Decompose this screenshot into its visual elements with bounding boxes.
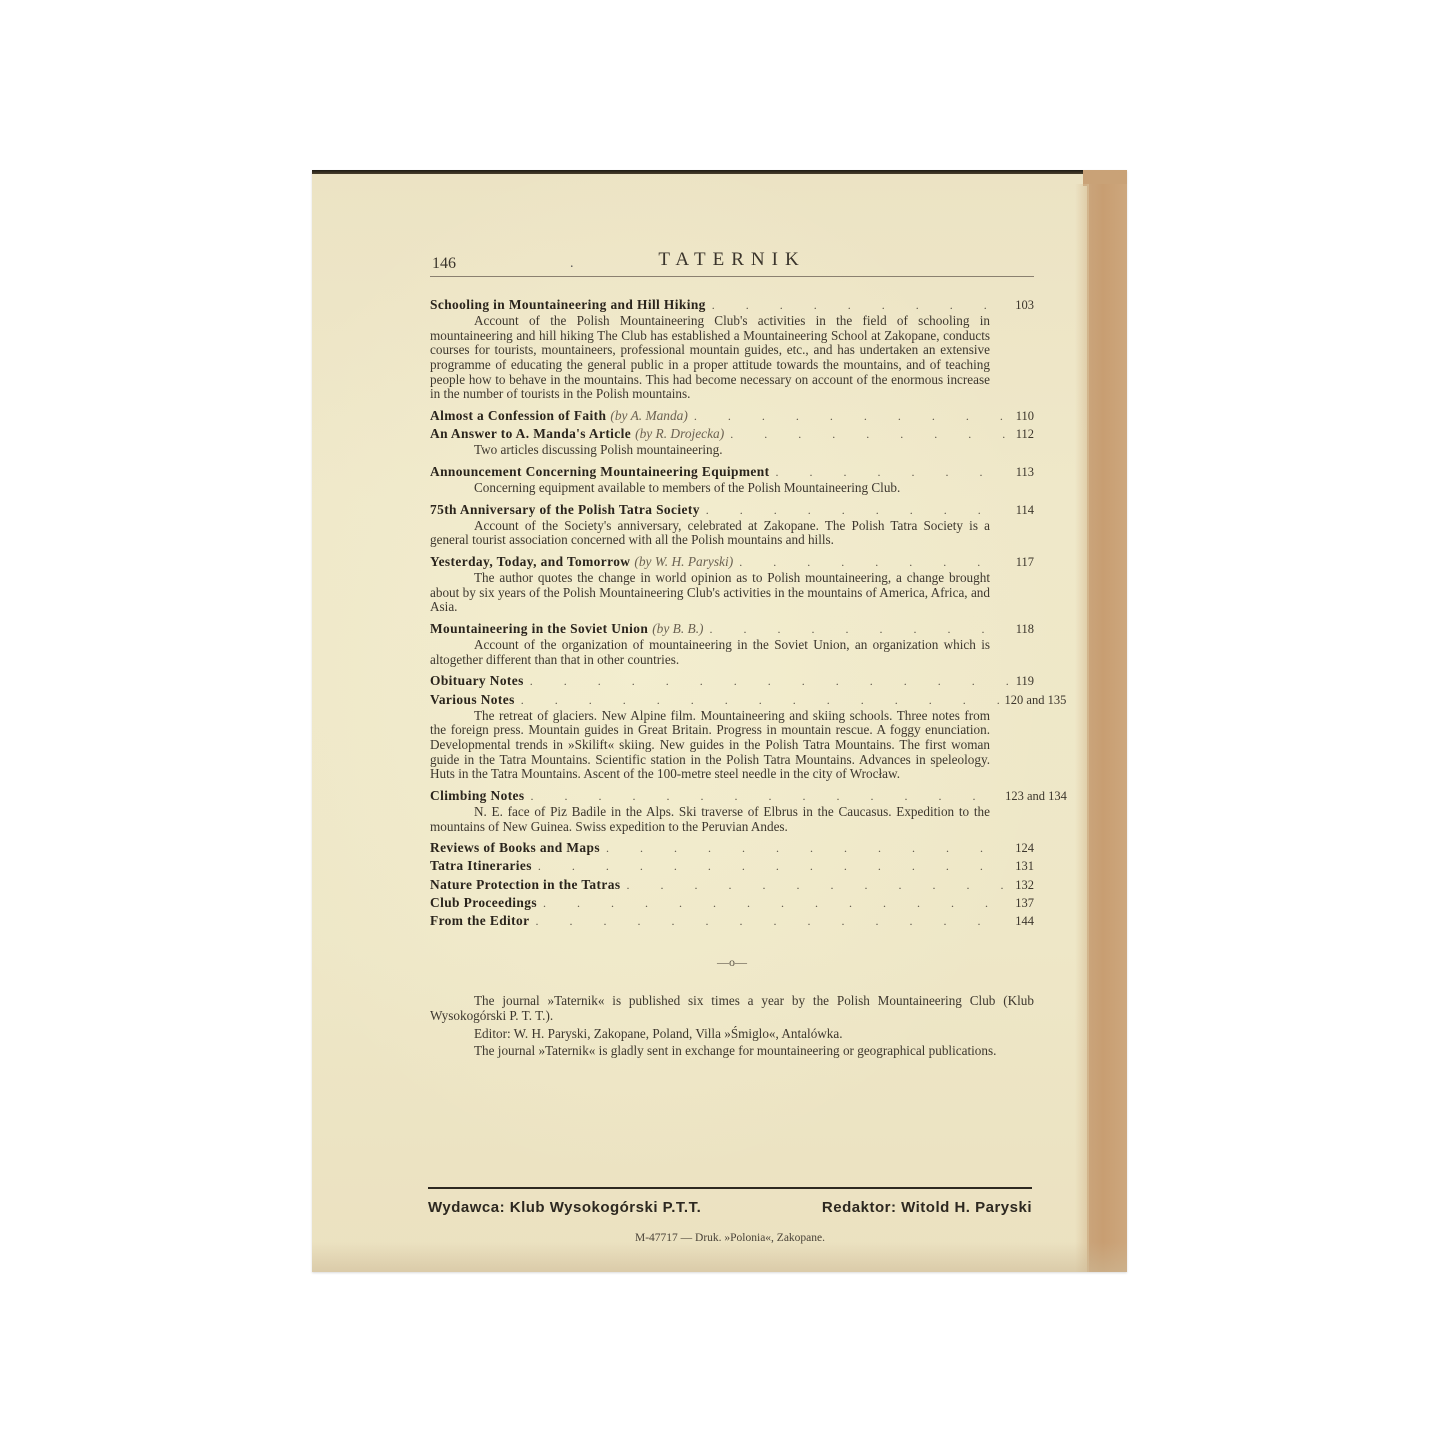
dot-leader: . . . . . . . . . . . . . . . . . . . . … <box>710 622 1008 637</box>
dot-leader: . . . . . . . . . . . . . . . . . . . . … <box>606 841 1008 856</box>
colophon-publication: The journal »Taternik« is published six … <box>430 994 1034 1023</box>
toc-entry-title: An Answer to A. Manda's Article <box>430 426 631 441</box>
toc-entry-author: (by A. Manda) <box>610 408 687 423</box>
page-spine-strip <box>1087 184 1127 1272</box>
toc-entry-title: From the Editor <box>430 913 529 928</box>
toc-entry-title: Climbing Notes <box>430 788 525 803</box>
toc-entry: Various Notes. . . . . . . . . . . . . .… <box>430 692 1034 782</box>
toc-entry-heading: Tatra Itineraries. . . . . . . . . . . .… <box>430 858 1034 874</box>
toc-entry-description: The author quotes the change in world op… <box>430 571 1034 615</box>
toc-entry-title: Tatra Itineraries <box>430 858 532 873</box>
section-separator: —o— <box>430 955 1034 970</box>
toc-entry-description: Concerning equipment available to member… <box>430 481 1034 496</box>
toc-entry-page: 120 and 135 <box>1005 693 1034 708</box>
toc-entry: Reviews of Books and Maps. . . . . . . .… <box>430 840 1034 856</box>
dot-leader: . . . . . . . . . . . . . . . . . . . . … <box>775 465 1008 480</box>
toc-entry: Obituary Notes. . . . . . . . . . . . . … <box>430 673 1034 689</box>
toc-entry-page: 117 <box>1014 555 1034 570</box>
imprint-line: Wydawca: Klub Wysokogórski P.T.T. Redakt… <box>428 1199 1032 1216</box>
dot-leader: . . . . . . . . . . . . . . . . . . . . … <box>538 859 1008 874</box>
colophon: The journal »Taternik« is published six … <box>430 994 1034 1058</box>
toc-entry-title: Almost a Confession of Faith <box>430 408 606 423</box>
toc-entry-description: Account of the Polish Mountaineering Clu… <box>430 314 1034 402</box>
toc-entry-title: Obituary Notes <box>430 673 524 688</box>
toc-entry-page: 144 <box>1014 914 1034 929</box>
toc-entry-page: 113 <box>1014 465 1034 480</box>
toc-entry-title: Club Proceedings <box>430 895 537 910</box>
toc-entry-page: 124 <box>1014 841 1034 856</box>
journal-title: TATERNIK <box>430 252 1034 267</box>
dot-leader: . . . . . . . . . . . . . . . . . . . . … <box>706 503 1008 518</box>
page-content: 146 . TATERNIK Schooling in Mountaineeri… <box>430 250 1034 1062</box>
page-discoloration <box>1075 184 1089 1272</box>
toc-entry-title: 75th Anniversary of the Polish Tatra Soc… <box>430 502 700 517</box>
dot-leader: . . . . . . . . . . . . . . . . . . . . … <box>543 896 1008 911</box>
toc-entry-author: (by R. Drojecka) <box>635 426 724 441</box>
toc-entry: Club Proceedings. . . . . . . . . . . . … <box>430 895 1034 911</box>
toc-entry-title: Reviews of Books and Maps <box>430 840 600 855</box>
dot-leader: . . . . . . . . . . . . . . . . . . . . … <box>530 674 1008 689</box>
table-of-contents: Schooling in Mountaineering and Hill Hik… <box>430 297 1034 929</box>
dot-leader: . . . . . . . . . . . . . . . . . . . . … <box>694 409 1008 424</box>
dot-leader: . . . . . . . . . . . . . . . . . . . . … <box>535 914 1008 929</box>
toc-entry: An Answer to A. Manda's Article(by R. Dr… <box>430 426 1034 458</box>
toc-entry: From the Editor. . . . . . . . . . . . .… <box>430 913 1034 929</box>
toc-entry-page: 123 and 134 <box>1005 789 1034 804</box>
running-header: 146 . TATERNIK <box>430 250 1034 277</box>
dot-leader: . . . . . . . . . . . . . . . . . . . . … <box>712 298 1008 313</box>
toc-entry-author: (by W. H. Paryski) <box>634 554 733 569</box>
dot-leader: . . . . . . . . . . . . . . . . . . . . … <box>626 878 1008 893</box>
toc-entry-page: 119 <box>1014 674 1034 689</box>
toc-entry-title: Various Notes <box>430 692 515 707</box>
printer-credit: M-47717 — Druk. »Polonia«, Zakopane. <box>428 1232 1032 1244</box>
toc-entry-heading: From the Editor. . . . . . . . . . . . .… <box>430 913 1034 929</box>
toc-entry-heading: Mountaineering in the Soviet Union(by B.… <box>430 621 1034 637</box>
toc-entry-heading: Nature Protection in the Tatras. . . . .… <box>430 877 1034 893</box>
toc-entry-page: 110 <box>1014 409 1034 424</box>
colophon-editor: Editor: W. H. Paryski, Zakopane, Poland,… <box>430 1027 1034 1042</box>
toc-entry-page: 103 <box>1014 298 1034 313</box>
editor-credit: Redaktor: Witold H. Paryski <box>822 1199 1032 1216</box>
toc-entry-heading: Reviews of Books and Maps. . . . . . . .… <box>430 840 1034 856</box>
toc-entry-title: Mountaineering in the Soviet Union <box>430 621 648 636</box>
dot-leader: . . . . . . . . . . . . . . . . . . . . … <box>531 789 1000 804</box>
toc-entry-heading: 75th Anniversary of the Polish Tatra Soc… <box>430 502 1034 518</box>
toc-entry-title: Nature Protection in the Tatras <box>430 877 620 892</box>
toc-entry: 75th Anniversary of the Polish Tatra Soc… <box>430 502 1034 548</box>
toc-entry-description: Account of the Society's anniversary, ce… <box>430 519 1034 548</box>
toc-entry-page: 137 <box>1014 896 1034 911</box>
toc-entry-description: N. E. face of Piz Badile in the Alps. Sk… <box>430 805 1034 834</box>
toc-entry-heading: Obituary Notes. . . . . . . . . . . . . … <box>430 673 1034 689</box>
toc-entry: Almost a Confession of Faith(by A. Manda… <box>430 408 1034 424</box>
toc-entry-heading: Yesterday, Today, and Tomorrow(by W. H. … <box>430 554 1034 570</box>
dot-leader: . . . . . . . . . . . . . . . . . . . . … <box>739 555 1008 570</box>
page-top-edge <box>312 170 1127 174</box>
toc-entry-heading: Climbing Notes. . . . . . . . . . . . . … <box>430 788 1034 804</box>
toc-entry-heading: Various Notes. . . . . . . . . . . . . .… <box>430 692 1034 708</box>
toc-entry-page: 114 <box>1014 503 1034 518</box>
toc-entry-title: Schooling in Mountaineering and Hill Hik… <box>430 297 706 312</box>
footer-rule <box>428 1187 1032 1189</box>
toc-entry: Yesterday, Today, and Tomorrow(by W. H. … <box>430 554 1034 615</box>
toc-entry: Announcement Concerning Mountaineering E… <box>430 464 1034 496</box>
toc-entry: Tatra Itineraries. . . . . . . . . . . .… <box>430 858 1034 874</box>
colophon-exchange: The journal »Taternik« is gladly sent in… <box>430 1044 1034 1059</box>
dot-leader: . . . . . . . . . . . . . . . . . . . . … <box>730 427 1008 442</box>
publisher-credit: Wydawca: Klub Wysokogórski P.T.T. <box>428 1199 701 1216</box>
toc-entry-heading: Announcement Concerning Mountaineering E… <box>430 464 1034 480</box>
toc-entry-heading: Schooling in Mountaineering and Hill Hik… <box>430 297 1034 313</box>
toc-entry-page: 118 <box>1014 622 1034 637</box>
dot-leader: . . . . . . . . . . . . . . . . . . . . … <box>521 693 999 708</box>
toc-entry-title: Announcement Concerning Mountaineering E… <box>430 464 769 479</box>
toc-entry-heading: Almost a Confession of Faith(by A. Manda… <box>430 408 1034 424</box>
toc-entry: Nature Protection in the Tatras. . . . .… <box>430 877 1034 893</box>
toc-entry-description: Two articles discussing Polish mountaine… <box>430 443 1034 458</box>
page-bottom-shade <box>312 1242 1127 1272</box>
toc-entry-page: 112 <box>1014 427 1034 442</box>
toc-entry-heading: An Answer to A. Manda's Article(by R. Dr… <box>430 426 1034 442</box>
toc-entry-description: The retreat of glaciers. New Alpine film… <box>430 709 1034 782</box>
toc-entry-heading: Club Proceedings. . . . . . . . . . . . … <box>430 895 1034 911</box>
toc-entry-page: 132 <box>1014 878 1034 893</box>
toc-entry-description: Account of the organization of mountaine… <box>430 638 1034 667</box>
toc-entry: Schooling in Mountaineering and Hill Hik… <box>430 297 1034 402</box>
toc-entry: Climbing Notes. . . . . . . . . . . . . … <box>430 788 1034 834</box>
toc-entry-page: 131 <box>1014 859 1034 874</box>
toc-entry-title: Yesterday, Today, and Tomorrow <box>430 554 630 569</box>
toc-entry-author: (by B. B.) <box>652 621 703 636</box>
toc-entry: Mountaineering in the Soviet Union(by B.… <box>430 621 1034 667</box>
